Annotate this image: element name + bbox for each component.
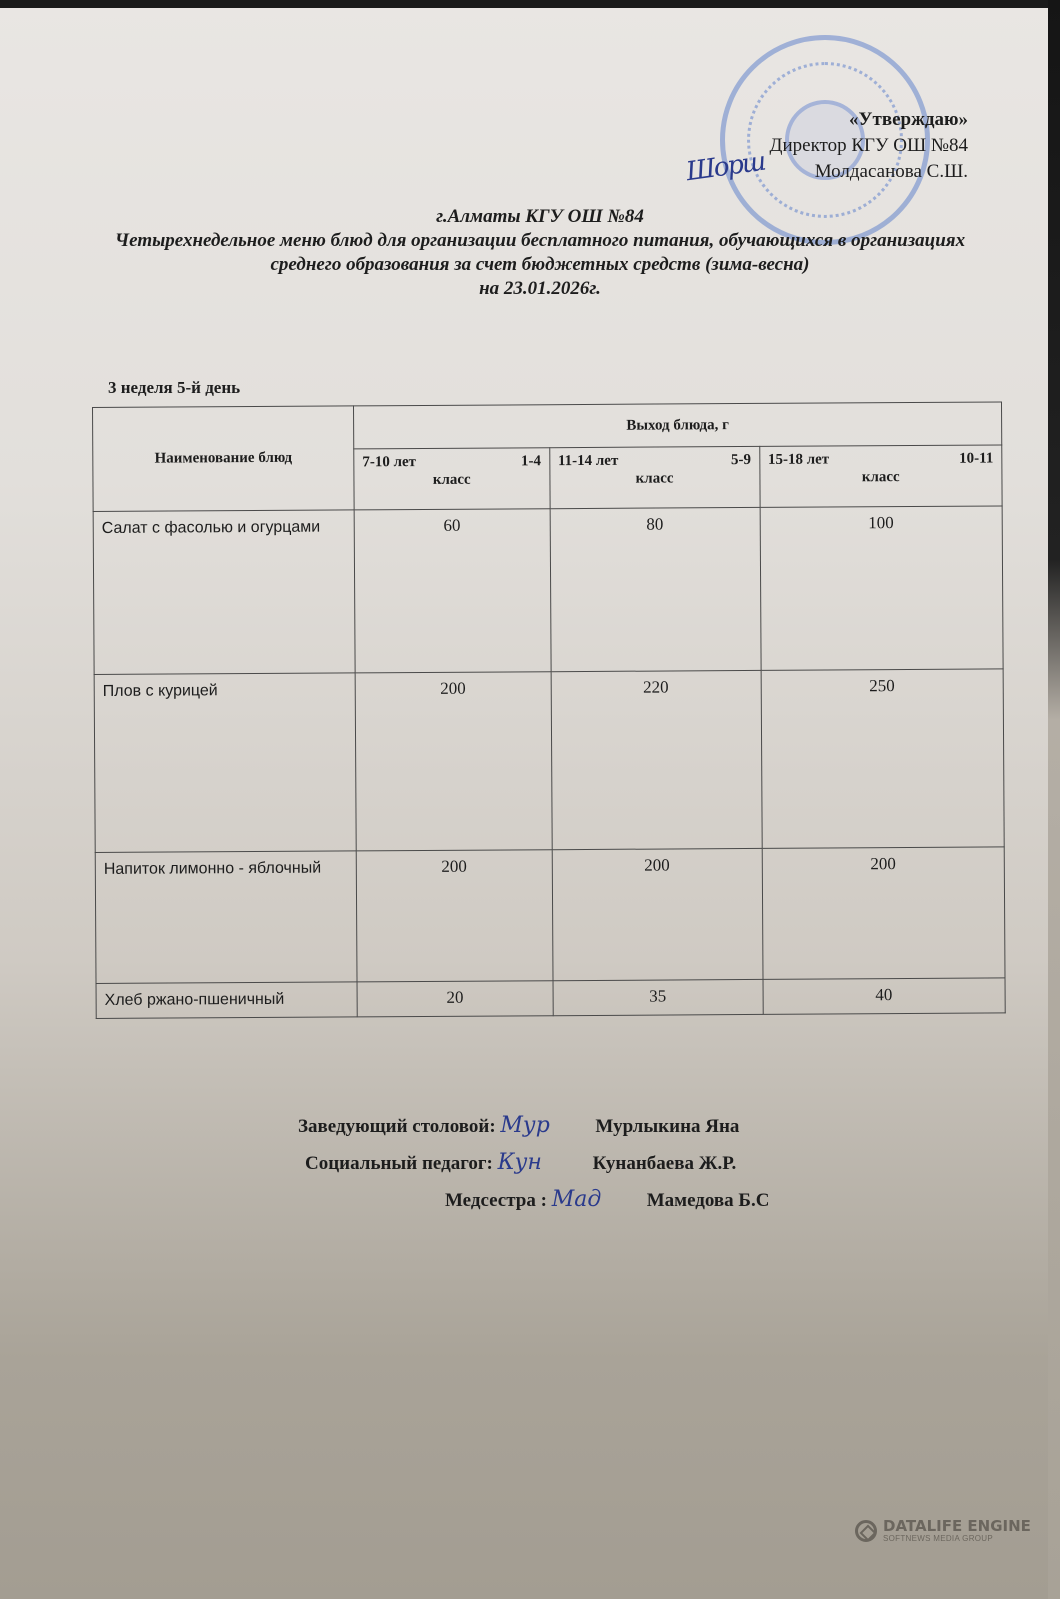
heading-school: г.Алматы КГУ ОШ №84	[100, 205, 980, 229]
heading-date: на 23.01.2026г.	[100, 277, 980, 301]
header-age-group: 15-18 лет10-11класс	[759, 445, 1002, 507]
watermark: DATALIFE ENGINE SOFTNEWS MEDIA GROUP	[855, 1518, 1031, 1543]
document-page: «Утверждаю» Директор КГУ ОШ №84 Молдасан…	[0, 0, 1060, 1599]
age-range: 11-14 лет	[558, 452, 618, 470]
grade-range: 10-11	[959, 449, 993, 467]
signer-role: Социальный педагог:	[305, 1153, 493, 1174]
handwritten-signature-icon: Мад	[552, 1182, 647, 1218]
approval-name: Молдасанова С.Ш.	[770, 159, 968, 185]
yield-value: 20	[357, 981, 553, 1017]
yield-value: 200	[552, 848, 763, 980]
approval-position: Директор КГУ ОШ №84	[770, 133, 968, 159]
datalife-logo-icon	[855, 1520, 877, 1542]
watermark-title: DATALIFE ENGINE	[883, 1518, 1031, 1534]
signer-role: Медсестра :	[445, 1190, 547, 1211]
signer-name: Мурлыкина Яна	[595, 1116, 739, 1137]
dish-name: Напиток лимонно - яблочный	[95, 851, 357, 984]
table-row: Салат с фасолью и огурцами6080100	[93, 506, 1003, 675]
signer-line: Социальный педагог: КунКунанбаева Ж.Р.	[290, 1145, 830, 1182]
menu-table: Наименование блюд Выход блюда, г 7-10 ле…	[92, 401, 1006, 1019]
approval-block: «Утверждаю» Директор КГУ ОШ №84 Молдасан…	[770, 107, 968, 185]
age-range: 15-18 лет	[768, 450, 829, 468]
yield-value: 35	[553, 979, 763, 1015]
table-row: Хлеб ржано-пшеничный203540	[96, 978, 1005, 1019]
yield-value: 220	[551, 670, 762, 849]
header-age-group: 7-10 лет1-4класс	[354, 448, 550, 510]
dish-name: Хлеб ржано-пшеничный	[96, 982, 357, 1019]
yield-value: 200	[356, 850, 552, 982]
yield-value: 200	[355, 672, 552, 851]
class-label: класс	[362, 470, 541, 489]
handwritten-signature-icon: Мур	[500, 1108, 595, 1144]
table-row: Напиток лимонно - яблочный200200200	[95, 847, 1005, 984]
week-day-label: 3 неделя 5-й день	[108, 378, 240, 398]
signer-name: Мамедова Б.С	[647, 1190, 770, 1211]
header-dish-name: Наименование блюд	[93, 406, 355, 512]
grade-range: 1-4	[521, 452, 541, 470]
yield-value: 100	[760, 506, 1003, 670]
yield-value: 200	[762, 847, 1005, 979]
yield-value: 60	[354, 509, 551, 673]
watermark-subtitle: SOFTNEWS MEDIA GROUP	[883, 1534, 1031, 1543]
approval-title: «Утверждаю»	[770, 107, 968, 133]
handwritten-signature-icon: Кун	[498, 1145, 593, 1181]
signer-line: Медсестра : МадМамедова Б.С	[290, 1182, 830, 1219]
heading-title: Четырехнедельное меню блюд для организац…	[100, 229, 980, 277]
grade-range: 5-9	[731, 451, 751, 469]
yield-value: 40	[763, 978, 1006, 1014]
header-age-group: 11-14 лет5-9класс	[549, 446, 759, 508]
document-heading: г.Алматы КГУ ОШ №84 Четырехнедельное мен…	[100, 205, 980, 301]
yield-value: 250	[761, 669, 1004, 848]
class-label: класс	[768, 467, 993, 486]
age-range: 7-10 лет	[362, 453, 416, 471]
dish-name: Плов с курицей	[94, 673, 356, 853]
class-label: класс	[558, 469, 751, 488]
signer-role: Заведующий столовой:	[298, 1116, 496, 1137]
yield-value: 80	[550, 507, 761, 671]
signer-name: Кунанбаева Ж.Р.	[593, 1153, 737, 1174]
header-yield: Выход блюда, г	[353, 402, 1001, 449]
dish-name: Салат с фасолью и огурцами	[93, 510, 355, 675]
table-row: Плов с курицей200220250	[94, 669, 1004, 853]
signer-line: Заведующий столовой: МурМурлыкина Яна	[290, 1108, 830, 1145]
signatures-block: Заведующий столовой: МурМурлыкина ЯнаСоц…	[290, 1108, 830, 1219]
